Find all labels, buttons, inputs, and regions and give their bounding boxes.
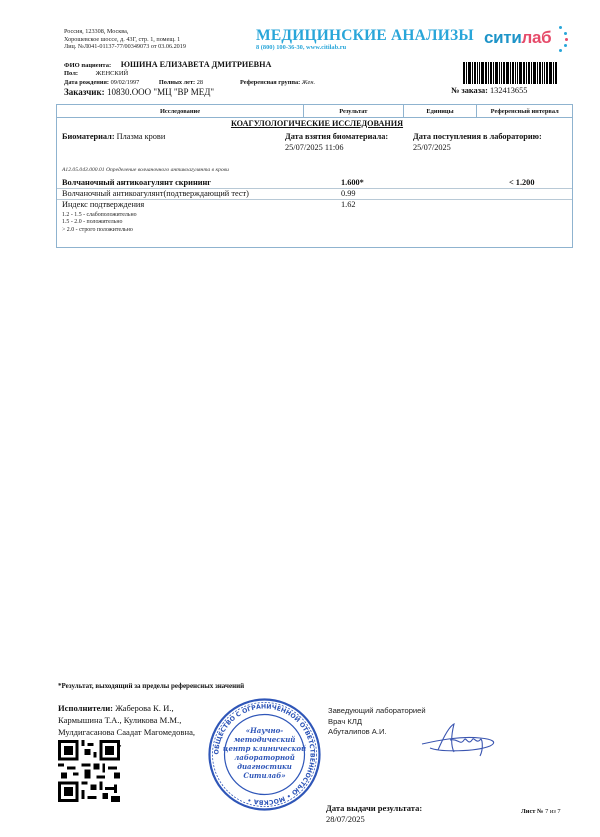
svg-text:центр клинической: центр клинической — [223, 744, 306, 753]
ref-group-value: Жен. — [302, 79, 315, 86]
note-line: 1.5 - 2.0 - положительно — [62, 219, 137, 226]
col-reference: Референсный интервал — [477, 105, 572, 117]
dob-label: Дата рождения: — [64, 79, 109, 86]
test-name: Индекс подтверждения — [62, 200, 144, 209]
head-role: Врач КЛД — [328, 717, 426, 728]
col-units: Единицы — [404, 105, 478, 117]
col-result: Результат — [304, 105, 404, 117]
citilab-logo: ситилаб — [484, 28, 551, 48]
head-title: Заведующий лабораторией — [328, 706, 426, 717]
sheet-number: Лист № 7 из 7 — [521, 808, 561, 815]
license-line: Лиц. №Л041-01137-77/00349073 от 03.06.20… — [64, 43, 186, 51]
date-taken-label: Дата взятия биоматериала: — [285, 132, 388, 143]
issue-label: Дата выдачи результата: — [326, 803, 422, 813]
lab-stamp: ОБЩЕСТВО С ОГРАНИЧЕННОЙ ОТВЕТСТВЕННОСТЬЮ… — [207, 697, 322, 812]
age-label: Полных лет: — [159, 79, 195, 86]
head-name: Абуталипов А.И. — [328, 727, 426, 738]
footnote: *Результат, выходящий за пределы референ… — [58, 682, 244, 690]
performers-label: Исполнители: — [58, 703, 113, 713]
issue-value: 28/07/2025 — [326, 814, 422, 825]
test-result: 0.99 — [341, 189, 356, 198]
note-line: > 2.0 - строго положительно — [62, 227, 137, 234]
sex-value: ЖЕНСКИЙ — [96, 70, 129, 77]
patient-dob-row: Дата рождения: 09/02/1997 Полных лет: 28 — [64, 79, 203, 86]
address-line: Хорошевское шоссе, д. 43Г, стр. 1, помещ… — [64, 36, 186, 44]
results-table: Исследование Результат Единицы Референсн… — [56, 104, 573, 248]
date-taken-value: 25/07/2025 11:06 — [285, 143, 388, 154]
date-taken: Дата взятия биоматериала: 25/07/2025 11:… — [285, 132, 388, 153]
patient-sex-row: Пол: ЖЕНСКИЙ — [64, 70, 128, 77]
note-line: 1.2 - 1.5 - слабоположительно — [62, 212, 137, 219]
date-received: Дата поступления в лабораторию: 25/07/20… — [413, 132, 542, 153]
dob-value: 09/02/1997 — [111, 79, 140, 86]
test-reference: < 1.200 — [509, 178, 534, 187]
test-name: Волчаночный антикоагулянт(подтверждающий… — [62, 189, 249, 198]
lab-address: Россия, 123308, Москва, Хорошевское шосс… — [64, 28, 186, 51]
lab-head: Заведующий лабораторией Врач КЛД Абутали… — [328, 706, 426, 738]
customer-value: 10830.ООО "МЦ "ВР МЕД" — [107, 87, 214, 97]
index-notes: 1.2 - 1.5 - слабоположительно 1.5 - 2.0 … — [62, 212, 137, 234]
address-line: Россия, 123308, Москва, — [64, 28, 186, 36]
col-test: Исследование — [57, 105, 304, 117]
biomaterial-label: Биоматериал: — [62, 132, 115, 141]
age-value: 28 — [197, 79, 203, 86]
barcode — [463, 62, 569, 84]
svg-text:«Научно-: «Научно- — [246, 726, 283, 735]
issue-date: Дата выдачи результата: 28/07/2025 — [326, 803, 422, 825]
patient-name: ЮШИНА ЕЛИЗАВЕТА ДМИТРИЕВНА — [121, 60, 272, 69]
customer-label: Заказчик: — [64, 87, 105, 97]
biomaterial: Биоматериал: Плазма крови — [62, 132, 165, 141]
order-value: 132413655 — [490, 86, 527, 95]
table-row: Индекс подтверждения 1.62 1.2 - 1.5 - сл… — [57, 199, 572, 247]
test-code: A12.05.043.000.01 Определение волчаночно… — [62, 167, 229, 173]
sex-label: Пол: — [64, 70, 78, 77]
logo-part-2: лаб — [521, 28, 551, 47]
brand-title: МЕДИЦИНСКИЕ АНАЛИЗЫ — [256, 27, 474, 45]
date-received-label: Дата поступления в лабораторию: — [413, 132, 542, 143]
order-label: № заказа: — [451, 86, 488, 95]
svg-text:лабораторной: лабораторной — [234, 753, 295, 762]
test-result: 1.62 — [341, 200, 356, 209]
patient-name-row: ФИО пациента: ЮШИНА ЕЛИЗАВЕТА ДМИТРИЕВНА — [64, 61, 271, 70]
svg-text:Ситилаб»: Ситилаб» — [243, 771, 285, 780]
biomaterial-value: Плазма крови — [117, 132, 166, 141]
date-received-value: 25/07/2025 — [413, 143, 542, 154]
table-header: Исследование Результат Единицы Референсн… — [57, 105, 572, 118]
ref-group-row: Референсная группа: Жен. — [240, 79, 315, 86]
sheet-label: Лист № — [521, 808, 543, 815]
logo-part-1: сити — [484, 28, 521, 47]
test-name: Волчаночный антикоагулянт скрининг — [62, 178, 211, 187]
svg-text:диагностики: диагностики — [237, 762, 292, 771]
signature — [420, 722, 500, 758]
section-title: КОАГУЛОЛОГИЧЕСКИЕ ИССЛЕДОВАНИЯ — [217, 119, 417, 128]
patient-name-label: ФИО пациента: — [64, 62, 111, 69]
brand-contact: 8 (800) 100-36-30, www.citilab.ru — [256, 44, 346, 51]
logo-dots-icon — [556, 26, 570, 52]
test-result: 1.600* — [341, 178, 364, 187]
order-number: № заказа: 132413655 — [451, 86, 527, 95]
qr-code — [58, 740, 120, 802]
customer-row: Заказчик: 10830.ООО "МЦ "ВР МЕД" — [64, 87, 214, 97]
svg-text:методический: методический — [234, 735, 296, 744]
ref-group-label: Референсная группа: — [240, 79, 300, 86]
sheet-value: 7 из 7 — [545, 808, 561, 815]
